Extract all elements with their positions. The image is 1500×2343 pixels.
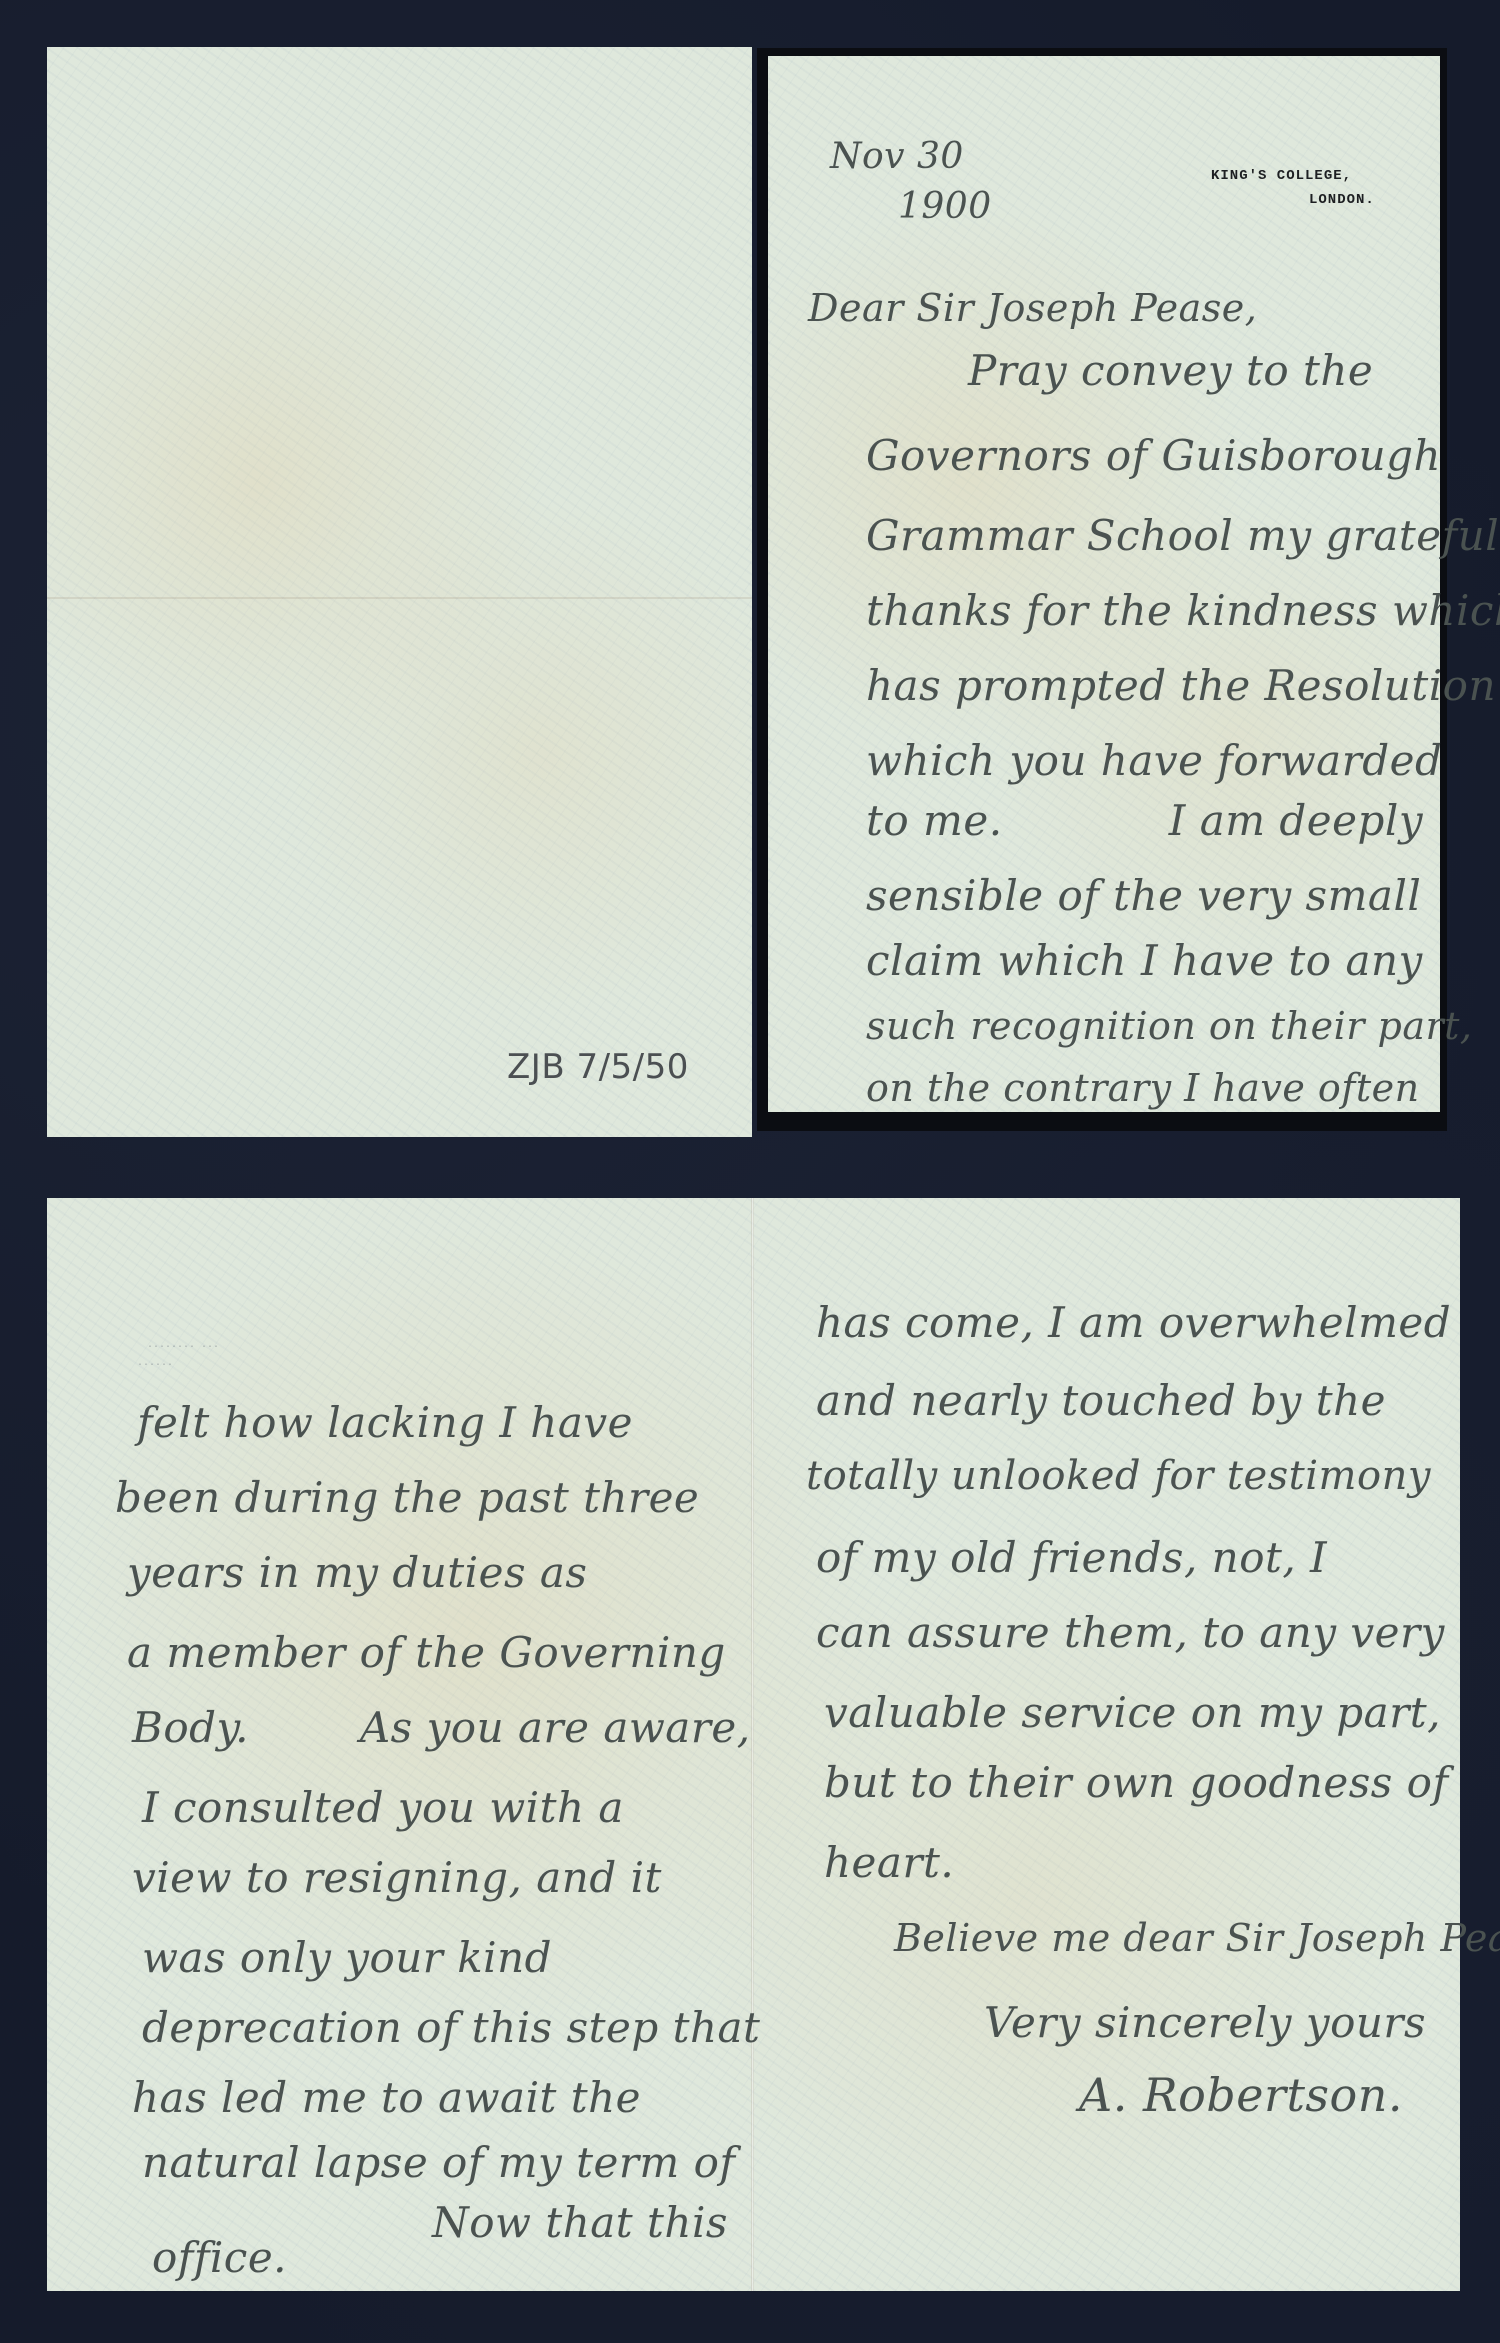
letter-line: has prompted the Resolution [866, 661, 1496, 710]
letter-line: Governors of Guisborough [866, 431, 1441, 480]
letter-line: has led me to await the [132, 2073, 641, 2122]
letter-line: I consulted you with a [142, 1783, 624, 1832]
letter-line: heart. [824, 1838, 954, 1887]
closing-line1: Believe me dear Sir Joseph Pease [894, 1916, 1500, 1960]
letter-line: office. [152, 2233, 287, 2282]
salutation: Dear Sir Joseph Pease, [808, 286, 1257, 330]
archive-note: ZJB 7/5/50 [507, 1047, 689, 1087]
letter-line: valuable service on my part, [824, 1688, 1441, 1737]
letter-line: years in my duties as [127, 1548, 587, 1597]
faint-printed-line: ........ ... [147, 1340, 219, 1351]
letter-line: view to resigning, and it [132, 1853, 662, 1902]
closing-line2: Very sincerely yours [984, 1998, 1426, 2047]
letter-line: deprecation of this step that [142, 2003, 760, 2052]
letter-line: sensible of the very small [866, 871, 1421, 920]
faint-printed-line: ...... [137, 1358, 173, 1369]
letter-line: felt how lacking I have [137, 1398, 633, 1447]
date-line2: 1900 [898, 186, 992, 227]
letter-line: Body. As you are aware, [132, 1703, 751, 1752]
letter-line: thanks for the kindness which [866, 586, 1500, 635]
letter-line: has come, I am overwhelmed [816, 1298, 1451, 1347]
letter-line: totally unlooked for testimony [806, 1453, 1431, 1499]
date-line1: Nov 30 [830, 136, 964, 177]
letter-line: of my old friends, not, I [816, 1533, 1327, 1582]
letter-line: Pray convey to the [968, 346, 1373, 395]
bottom-left-page: ........ ... ...... felt how lacking I h… [47, 1198, 751, 2291]
letter-line: can assure them, to any very [816, 1608, 1445, 1657]
letter-line: claim which I have to any [866, 936, 1423, 985]
letter-line: but to their own goodness of [824, 1758, 1449, 1807]
letter-line: been during the past three [115, 1473, 699, 1522]
letter-line: and nearly touched by the [816, 1376, 1386, 1425]
signature: A. Robertson. [1079, 2068, 1403, 2122]
letter-line: a member of the Governing [127, 1628, 726, 1677]
letterhead-line2: LONDON. [1309, 192, 1375, 208]
letter-line: natural lapse of my term of [142, 2138, 735, 2187]
letter-line: Now that this [432, 2198, 728, 2247]
letter-line: on the contrary I have often [866, 1066, 1420, 1110]
letter-line: Grammar School my grateful [866, 511, 1499, 560]
letter-line: to me. I am deeply [866, 796, 1423, 845]
bottom-right-page: has come, I am overwhelmed and nearly to… [754, 1198, 1460, 2291]
letter-line: such recognition on their part, [866, 1004, 1473, 1048]
top-right-page: KING'S COLLEGE, LONDON. Nov 30 1900 Dear… [768, 56, 1440, 1112]
letter-line: which you have forwarded [866, 736, 1442, 785]
letterhead-line1: KING'S COLLEGE, [1211, 168, 1352, 184]
letter-line: was only your kind [142, 1933, 552, 1982]
fold-crease [47, 597, 752, 599]
top-left-page: ZJB 7/5/50 [47, 47, 752, 1137]
